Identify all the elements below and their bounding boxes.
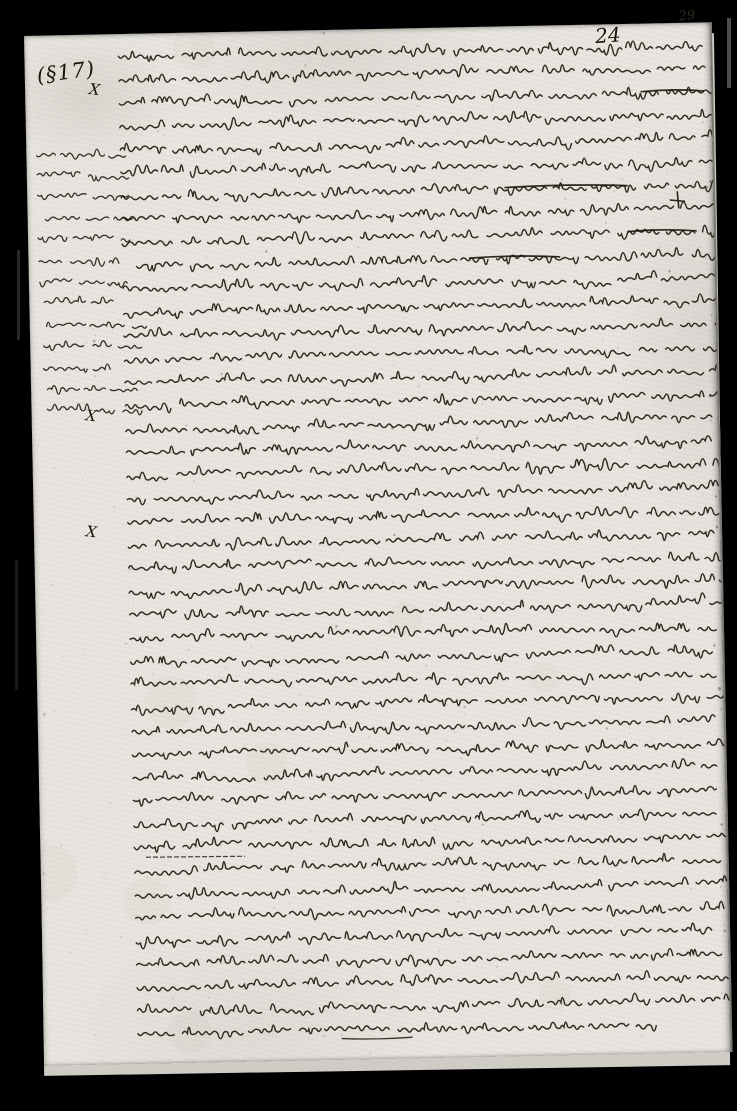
scan-noise [453,732,455,734]
scan-noise [270,164,272,166]
scan-noise [249,264,250,265]
scan-noise [651,740,652,741]
scan-noise [396,255,397,256]
scan-noise [198,135,199,136]
scan-noise [306,1021,308,1023]
scan-noise [222,299,224,301]
scan-noise [340,497,342,499]
scan-noise [525,71,527,73]
scan-noise [214,537,216,539]
scan-noise [51,584,53,586]
scan-noise [715,529,716,530]
scan-noise [433,341,434,342]
handwritten-line [137,991,730,1018]
scan-noise [201,308,203,310]
scan-noise [548,743,550,745]
marginal-note-line [44,296,113,305]
scan-noise [528,661,560,693]
handwritten-line [125,386,730,414]
scan-noise [364,484,365,485]
scan-noise [464,44,465,45]
scan-noise [112,647,114,649]
scan-noise [361,494,362,495]
scan-noise [364,581,366,583]
scan-noise [29,84,30,85]
scan-noise [625,494,627,496]
handwritten-line [133,782,716,808]
scan-noise [531,73,532,74]
scan-noise [533,453,535,455]
scan-noise [115,467,117,469]
scan-noise [218,504,219,505]
scan-noise [54,351,56,353]
scan-noise [81,326,82,327]
scan-noise [356,38,357,39]
scan-noise [579,27,581,29]
handwritten-line [127,455,725,482]
scan-noise [292,313,293,314]
scan-noise [586,405,587,406]
scan-noise [193,480,195,482]
scan-noise [336,667,337,668]
scan-noise [255,955,257,957]
scan-noise [267,920,269,922]
handwritten-line [136,923,712,949]
scan-noise [605,201,606,202]
scan-noise [107,1031,108,1032]
scan-noise [56,485,57,486]
scan-noise [319,342,320,343]
scan-noise [628,85,630,87]
scan-noise [82,820,84,822]
margin-x-mark: X [85,408,97,424]
scan-noise [720,823,723,826]
handwritten-line [127,479,718,506]
handwritten-line [123,293,728,319]
scan-noise [440,811,441,812]
scan-noise [221,952,222,953]
scan-noise [70,953,71,954]
marginal-note-line [36,149,125,160]
scan-noise [706,263,708,265]
scan-noise [53,467,55,469]
scan-noise [660,246,662,248]
scan-noise [80,964,81,965]
scan-noise [434,828,436,830]
scan-noise [408,742,410,744]
scan-noise [479,617,481,619]
scan-noise [502,961,503,962]
scan-noise [245,885,246,886]
scan-noise [514,848,515,849]
scan-noise [43,713,46,716]
scan-noise [211,847,213,849]
scan-noise [723,924,724,925]
scan-noise [418,262,419,263]
scan-noise [438,548,439,549]
scan-noise [299,694,300,695]
scan-noise [505,964,506,965]
scan-noise [109,174,110,175]
scan-noise [224,1037,225,1038]
scan-noise [438,995,439,996]
scan-noise [567,354,568,355]
scan-noise [613,190,615,192]
scan-noise [617,347,619,349]
scan-noise [684,724,686,726]
scan-noise [607,680,608,681]
scan-edge-artifact [15,560,18,690]
scan-noise [178,341,179,342]
handwritten-line [131,689,726,717]
scan-noise [665,179,666,180]
scan-noise [76,492,77,493]
margin-x-mark: X [88,82,100,98]
scan-noise [54,710,56,712]
scan-noise [255,325,257,327]
scan-noise [585,1029,587,1031]
scan-noise [564,198,566,200]
scan-noise [478,517,480,519]
scan-noise [467,993,468,994]
scan-noise [118,319,120,321]
page-number: 24 [594,24,621,46]
scan-noise [632,348,633,349]
scan-noise [103,877,105,879]
scan-noise [90,157,92,159]
scan-noise [717,521,718,522]
handwritten-line [129,573,731,600]
scan-noise [66,198,67,199]
scan-noise [502,602,504,604]
handwritten-line [135,875,727,901]
scan-noise [445,740,447,742]
scan-noise [147,876,149,878]
scan-noise [596,1041,598,1043]
scan-noise [445,855,447,857]
scan-noise [303,759,304,760]
manuscript-page: (§17) X X X 24 29 [24,22,733,1066]
scan-noise [213,769,214,770]
scan-noise [689,725,691,727]
scan-noise [711,314,712,315]
scan-noise [481,403,483,405]
scan-noise [60,844,62,846]
scan-noise [697,86,698,87]
scan-noise [281,530,282,531]
scan-noise [356,1003,358,1005]
handwritten-line [125,363,729,391]
handwritten-line [121,153,728,182]
scan-noise [637,803,638,804]
scan-noise [211,322,212,323]
scan-noise [123,878,171,926]
scan-noise [135,496,137,498]
scan-noise [317,969,318,970]
scan-noise [128,460,129,461]
scan-noise [234,39,236,41]
handwritten-line [137,945,722,972]
handwritten-line [119,84,713,110]
scan-noise [555,1014,556,1015]
scan-noise [679,354,680,355]
scan-noise [564,933,566,935]
marginal-note-line [47,320,147,330]
scan-noise [460,757,462,759]
scan-noise [702,146,704,148]
scan-noise [621,567,623,569]
scan-noise [598,354,600,356]
scan-noise [228,1000,230,1002]
scan-noise [538,103,540,105]
scan-noise [293,434,295,436]
scan-noise [246,921,247,922]
marginal-note-line [40,278,127,290]
scan-noise [457,901,459,903]
scan-noise [307,413,308,414]
scan-noise [610,1053,612,1055]
scan-noise [465,178,466,179]
scan-noise [316,131,317,132]
scan-noise [712,635,713,636]
scan-noise [720,886,721,887]
scan-noise [427,535,428,536]
scan-noise [546,155,548,157]
scan-noise [495,961,496,962]
marginal-note-line [45,215,132,221]
scan-noise [102,354,104,356]
marginal-note-line [44,364,111,373]
scan-noise [183,362,185,364]
scan-noise [607,921,608,922]
scan-noise [417,105,419,107]
scan-noise [635,619,636,620]
scan-noise [164,135,166,137]
scan-noise [230,162,232,164]
scan-noise [25,58,27,60]
scan-noise [88,490,89,491]
scan-noise [462,199,463,200]
scan-noise [577,865,578,866]
scan-noise [377,968,379,970]
scan-noise [235,625,236,626]
scan-noise [701,33,703,35]
scan-edge-artifact [17,250,20,340]
scan-noise [368,736,370,738]
scan-noise [577,830,578,831]
handwritten-line [126,410,712,437]
scan-noise [57,250,58,251]
scan-noise [103,857,104,858]
scan-noise [376,676,377,677]
scan-noise [681,296,682,297]
scan-noise [234,293,235,294]
handwritten-line [121,178,717,204]
scan-noise [633,547,634,548]
scan-noise [721,708,723,710]
scan-noise [97,248,98,249]
scan-noise [421,779,423,781]
scan-noise [203,68,204,69]
scan-noise [530,477,532,479]
scan-noise [129,568,131,570]
scan-edge-artifact [727,18,731,88]
handwritten-line [129,549,731,577]
scan-noise [273,390,274,391]
scan-noise [388,904,389,905]
scan-noise [371,683,373,685]
handwritten-line [135,851,721,878]
scan-noise [448,716,449,717]
scan-noise [235,974,236,975]
handwritten-line [123,269,715,297]
scan-noise [308,600,309,601]
scan-noise [652,831,653,832]
scan-noise [644,880,646,882]
scan-noise [241,685,242,686]
scan-noise [393,364,395,366]
scan-noise [151,673,153,675]
scan-noise [172,26,215,69]
scan-noise [506,897,507,898]
scan-noise [712,975,714,977]
scan-noise [356,567,358,569]
scan-noise [480,170,482,172]
scan-noise [221,715,222,716]
scan-noise [570,308,572,310]
scan-noise [638,479,639,480]
scan-noise [183,372,185,374]
scan-noise [174,588,175,589]
scan-noise [57,672,59,674]
scan-noise [494,459,496,461]
scan-noise [125,643,127,645]
handwritten-line [124,342,721,368]
scan-noise [698,780,699,781]
scan-noise [185,424,187,426]
scan-noise [702,121,704,123]
handwritten-line [124,316,723,344]
scan-noise [47,908,49,910]
scan-noise [131,302,133,304]
scan-noise [605,934,606,935]
scan-noise [187,796,188,797]
scan-noise [709,180,711,182]
scan-noise [253,1054,254,1055]
scan-noise [418,385,420,387]
scan-noise [255,523,256,524]
scan-noise [633,47,634,48]
scan-noise [289,903,291,905]
scan-noise [188,649,190,651]
scan-noise [629,448,631,450]
scan-noise [665,121,666,122]
scan-noise [79,436,80,437]
scan-noise [578,846,580,848]
scan-noise [565,745,566,746]
scan-noise [299,319,301,321]
scan-noise [617,818,619,820]
scan-noise [237,866,239,868]
dashed-correction-mark [147,855,245,858]
handwritten-line [126,433,711,460]
scan-noise [615,738,617,740]
scan-noise [129,490,131,492]
scan-noise [205,257,207,259]
scan-noise [453,949,454,950]
scan-noise [53,445,54,446]
underline-mark [342,1037,412,1039]
scan-noise [86,342,88,344]
scan-noise [65,92,66,93]
scan-noise [126,744,127,745]
scan-noise [95,335,97,337]
scan-noise [143,1000,144,1001]
scan-noise [538,978,571,1011]
scan-noise [310,60,312,62]
scan-noise [494,425,495,426]
scan-noise [93,340,96,343]
scan-noise [715,495,717,497]
scan-noise [415,262,417,264]
scan-noise [96,430,97,431]
scan-noise [541,612,543,614]
scan-noise [323,1035,325,1037]
scan-noise [666,170,668,172]
scan-noise [319,544,321,546]
scan-noise [388,826,389,827]
scan-noise [702,493,704,495]
scan-noise [668,270,671,273]
scan-noise [238,713,239,714]
scan-noise [386,424,387,425]
scan-noise [372,338,374,340]
marginal-note-line [38,192,129,202]
scan-noise [605,222,607,224]
scan-noise [438,950,440,952]
scan-noise [375,86,376,87]
handwritten-line [120,107,714,134]
scan-noise [464,881,465,882]
scan-noise [392,582,394,584]
scan-noise [428,179,430,181]
scan-noise [189,995,190,996]
scan-noise [469,794,470,795]
margin-x-mark: X [85,524,97,540]
scan-noise [643,614,645,616]
scan-noise [120,936,122,938]
scan-noise [78,998,79,999]
handwritten-line [134,826,731,855]
scan-noise [520,284,521,285]
scan-noise [62,656,64,658]
scan-noise [573,863,575,865]
scan-noise [577,427,579,429]
scan-noise [706,764,707,765]
scan-noise [225,666,227,668]
scan-noise [695,211,697,213]
marginal-note-line [44,339,142,350]
scan-noise [356,882,357,883]
scan-noise [496,966,498,968]
scan-noise [203,363,204,364]
scan-noise [716,526,719,529]
scan-noise [422,440,423,441]
scan-noise [492,108,494,110]
scan-noise [368,907,370,909]
scan-noise [561,179,563,181]
scan-noise [349,623,350,624]
